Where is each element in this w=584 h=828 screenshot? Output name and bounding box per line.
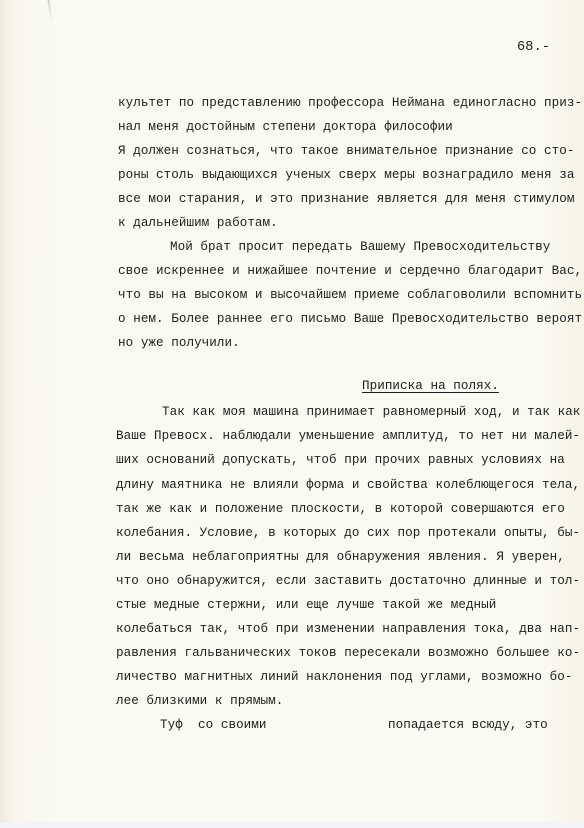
- text-line: ли весьма неблагоприятны для обнаружения…: [116, 550, 565, 564]
- text-line-fragment: Туф со своими: [160, 718, 267, 732]
- text-line: лее близкими к прямым.: [116, 694, 283, 708]
- text-line: колебания. Условие, в которых до сих пор…: [116, 526, 580, 540]
- text-line: равления гальванических токов пересекали…: [116, 646, 580, 660]
- postscript-heading: Приписка на полях.: [362, 379, 499, 393]
- text-line: ших оснований допускать, чтоб при прочих…: [116, 453, 565, 467]
- text-line: все мои старания, и это признание являет…: [118, 192, 574, 206]
- text-line: стые медные стержни, или еще лучше такой…: [116, 598, 496, 612]
- text-line: Мой брат просит передать Вашему Превосхо…: [170, 240, 550, 254]
- text-line: так же как и положение плоскости, в кото…: [116, 502, 565, 516]
- text-line: что вы на высоком и высочайшем приеме со…: [118, 288, 582, 302]
- text-line: длину маятника не влияли форма и свойств…: [116, 478, 580, 492]
- text-line: личество магнитных линий наклонения под …: [116, 670, 572, 684]
- text-line: Я должен сознаться, что такое внимательн…: [118, 144, 574, 158]
- text-line: к дальнейшим работам.: [118, 216, 278, 230]
- page-number: 68.-: [517, 40, 550, 55]
- text-line: культет по представлению профессора Нейм…: [118, 96, 582, 110]
- text-line: что оно обнаружится, если заставить дост…: [116, 574, 580, 588]
- text-line: колебаться так, чтоб при изменении напра…: [116, 622, 580, 636]
- text-line: но уже получили.: [118, 336, 240, 350]
- text-line: свое искреннее и нижайшее почтение и сер…: [118, 264, 582, 278]
- text-line: нал меня достойным степени доктора филос…: [118, 120, 453, 134]
- text-line: роны столь выдающихся ученых сверх меры …: [118, 168, 574, 182]
- paper-fold-mark: [47, 0, 52, 22]
- text-line: Так как моя машина принимает равномерный…: [162, 405, 580, 419]
- text-line-fragment: попадается всюду, это: [388, 718, 548, 732]
- text-line: о нем. Более раннее его письмо Ваше Прев…: [118, 312, 584, 326]
- scan-bottom-edge: [0, 822, 584, 828]
- document-page: 68.- культет по представлению профессора…: [0, 0, 584, 822]
- text-line: Ваше Превосх. наблюдали уменьшение ампли…: [116, 429, 580, 443]
